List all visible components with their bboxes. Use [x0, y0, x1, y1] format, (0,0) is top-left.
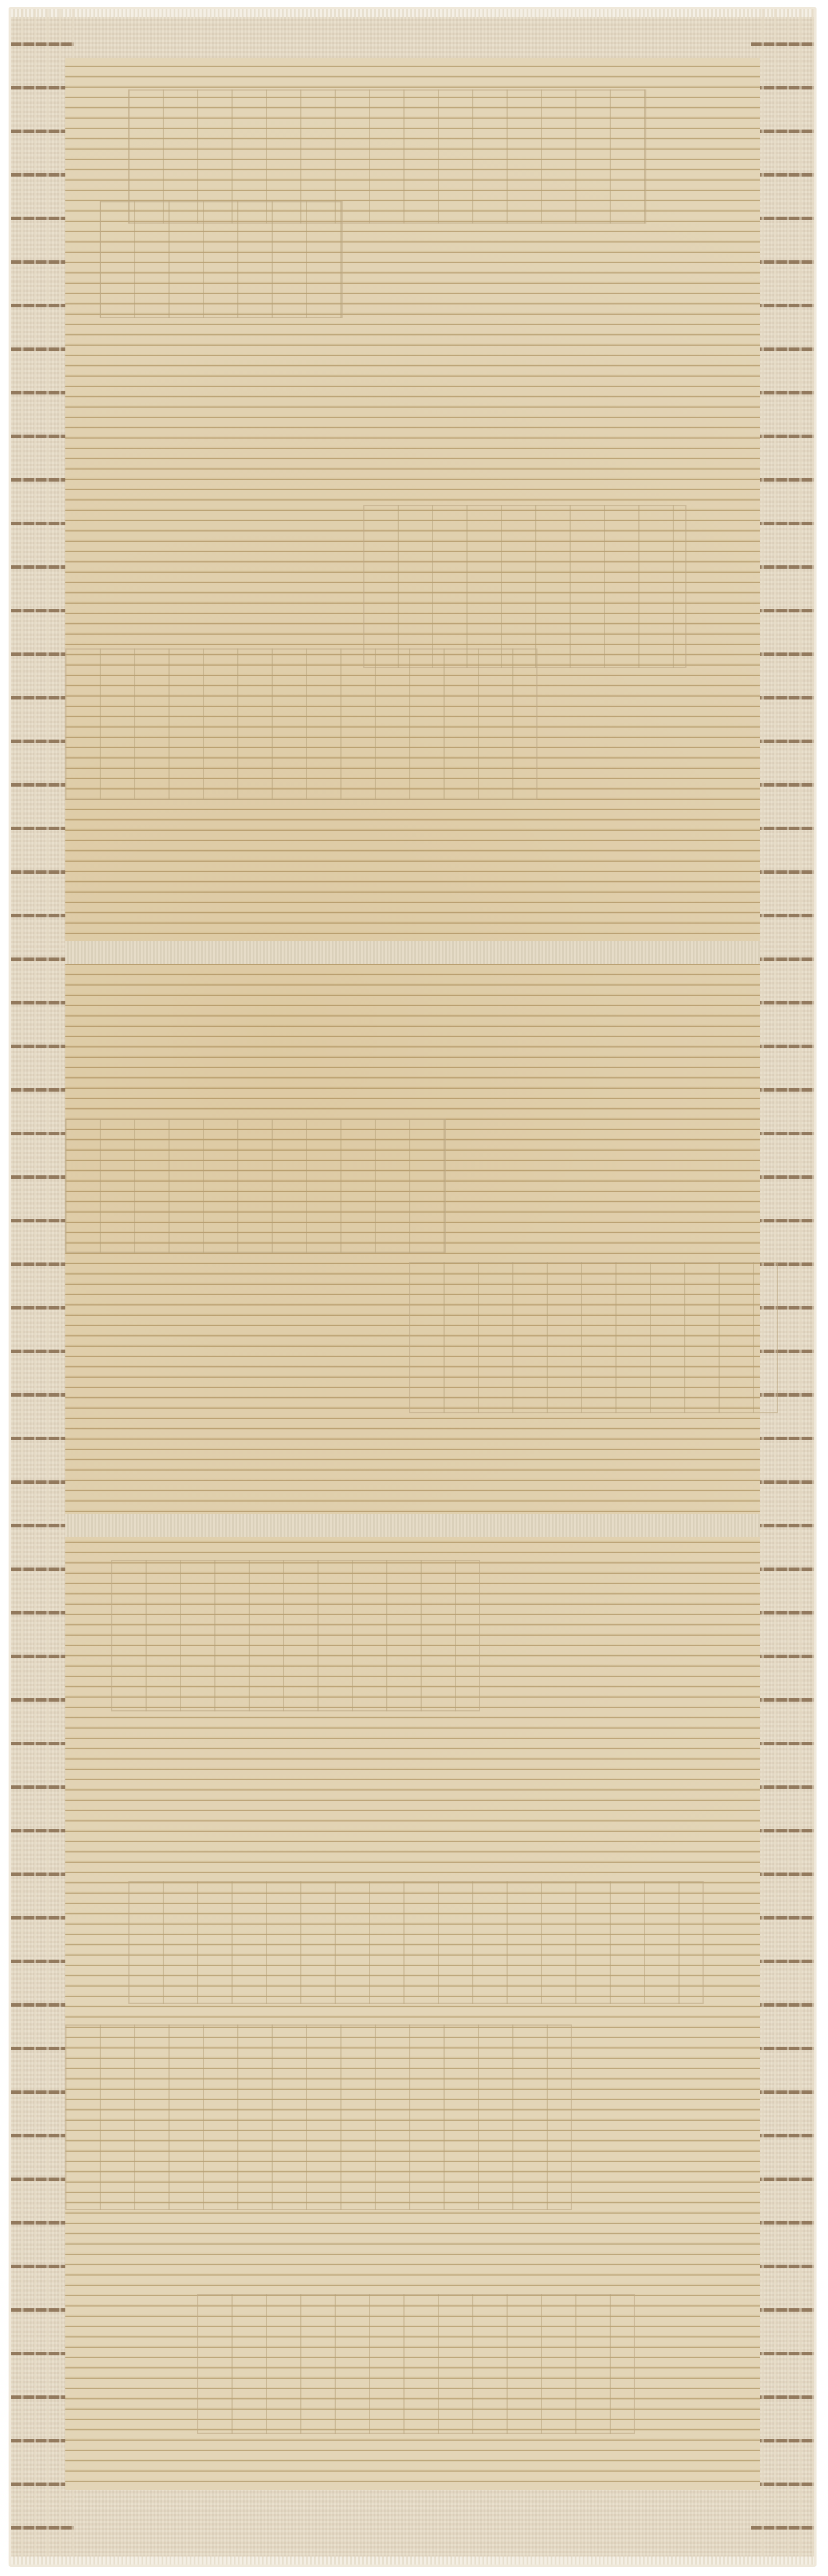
rug-top-edge [11, 9, 814, 17]
pattern-panel [65, 2024, 572, 2210]
runner-rug [9, 7, 817, 2567]
pattern-panel [409, 1262, 778, 1413]
pattern-panel [197, 2294, 635, 2434]
pattern-panel [111, 1560, 480, 1711]
pattern-panel [128, 1881, 704, 2004]
flatweave-band [65, 941, 760, 964]
pattern-panel [363, 505, 686, 668]
rug-bottom-edge [11, 2557, 814, 2565]
pattern-panel [65, 1119, 446, 1253]
pattern-panel [65, 648, 537, 800]
flatweave-band [65, 1514, 760, 1537]
pattern-panel [100, 201, 343, 318]
left-stripe-texture [11, 9, 74, 2565]
rug-inner-field [65, 58, 760, 2490]
